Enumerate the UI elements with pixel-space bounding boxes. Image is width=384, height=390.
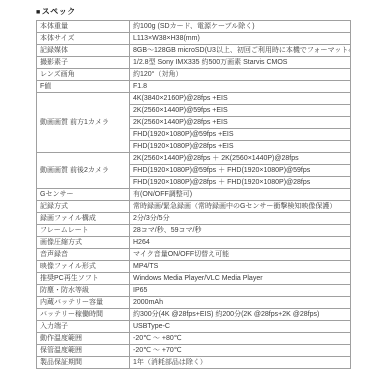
spec-row: 製品保証期間 1年（消耗部品は除く）	[37, 357, 351, 369]
spec-value: 1年（消耗部品は除く）	[130, 357, 351, 369]
spec-value: -20℃ ～ +70℃	[130, 345, 351, 357]
spec-value: L113×W38×H38(mm)	[130, 33, 351, 45]
spec-value: 8GB～128GB microSD(U3以上、初回ご利用時に本機でフォーマット必…	[130, 45, 351, 57]
spec-row: 動作温度範囲 -20℃ ～ +80℃	[37, 333, 351, 345]
square-bullet-icon: ■	[36, 9, 41, 16]
section-title-text: スペック	[42, 7, 76, 16]
spec-value: FHD(1920×1080P)@59fps +EIS	[130, 129, 351, 141]
spec-label: 推奨PC再生ソフト	[37, 273, 130, 285]
spec-label: 本体サイズ	[37, 33, 130, 45]
spec-row: 記録方式 常時録画/緊急録画（常時録画中のGセンサー衝撃検知映像保護）	[37, 201, 351, 213]
spec-value: 2000mAh	[130, 297, 351, 309]
spec-label: 撮影素子	[37, 57, 130, 69]
spec-label: F値	[37, 81, 130, 93]
spec-label-front-camera: 動画画質 前方1カメラ	[37, 93, 130, 153]
spec-value: -20℃ ～ +80℃	[130, 333, 351, 345]
spec-row: バッテリー稼働時間 約300分(4K @28fps+EIS) 約200分(2K …	[37, 309, 351, 321]
spec-value: 2K(2560×1440P)@59fps +EIS	[130, 105, 351, 117]
spec-label: 記録方式	[37, 201, 130, 213]
spec-value: F1.8	[130, 81, 351, 93]
spec-value: 1/2.8型 Sony IMX335 約500万画素 Starvis CMOS	[130, 57, 351, 69]
spec-label: 録画ファイル構成	[37, 213, 130, 225]
spec-value: IP65	[130, 285, 351, 297]
spec-value: MP4/TS	[130, 261, 351, 273]
spec-value: 28コマ/秒、59コマ/秒	[130, 225, 351, 237]
spec-label: Gセンサー	[37, 189, 130, 201]
spec-row: 保管温度範囲 -20℃ ～ +70℃	[37, 345, 351, 357]
spec-table: 本体重量 約100g (SDカード、電源ケーブル除く) 本体サイズ L113×W…	[36, 20, 351, 369]
spec-value: 2K(2560×1440P)@28fps ＋ 2K(2560×1440P)@28…	[130, 153, 351, 165]
spec-value: Windows Media Player/VLC Media Player	[130, 273, 351, 285]
spec-label: 製品保証期間	[37, 357, 130, 369]
spec-value: 常時録画/緊急録画（常時録画中のGセンサー衝撃検知映像保護）	[130, 201, 351, 213]
spec-label: 入力端子	[37, 321, 130, 333]
spec-value: FHD(1920×1080P)@28fps +EIS	[130, 141, 351, 153]
spec-row: 動画画質 前方1カメラ 4K(3840×2160P)@28fps +EIS	[37, 93, 351, 105]
spec-label: 内蔵バッテリー容量	[37, 297, 130, 309]
spec-value: マイク音量ON/OFF切替え可能	[130, 249, 351, 261]
spec-row: 内蔵バッテリー容量 2000mAh	[37, 297, 351, 309]
spec-label: 動作温度範囲	[37, 333, 130, 345]
spec-row: 映像ファイル形式 MP4/TS	[37, 261, 351, 273]
spec-value: 2分/3分/5分	[130, 213, 351, 225]
spec-label: 映像ファイル形式	[37, 261, 130, 273]
spec-row: Gセンサー 有(ON/OFF調整可)	[37, 189, 351, 201]
spec-value: USBType-C	[130, 321, 351, 333]
spec-row: 防塵・防水等級 IP65	[37, 285, 351, 297]
section-title: ■スペック	[36, 6, 350, 17]
spec-value: 約120°（対角）	[130, 69, 351, 81]
spec-label: 保管温度範囲	[37, 345, 130, 357]
spec-row: フレームレート 28コマ/秒、59コマ/秒	[37, 225, 351, 237]
spec-value: 約100g (SDカード、電源ケーブル除く)	[130, 21, 351, 33]
spec-row: 記録媒体 8GB～128GB microSD(U3以上、初回ご利用時に本機でフォ…	[37, 45, 351, 57]
spec-label: 画像圧縮方式	[37, 237, 130, 249]
spec-row: F値 F1.8	[37, 81, 351, 93]
spec-label: 防塵・防水等級	[37, 285, 130, 297]
spec-page: ■スペック 本体重量 約100g (SDカード、電源ケーブル除く) 本体サイズ …	[36, 6, 350, 369]
spec-value: 有(ON/OFF調整可)	[130, 189, 351, 201]
spec-value: FHD(1920×1080P)@28fps ＋ FHD(1920×1080P)@…	[130, 177, 351, 189]
spec-label-dual-camera: 動画画質 前後2カメラ	[37, 153, 130, 189]
spec-value: FHD(1920×1080P)@59fps ＋ FHD(1920×1080P)@…	[130, 165, 351, 177]
spec-row: 画像圧縮方式 H264	[37, 237, 351, 249]
spec-label: 記録媒体	[37, 45, 130, 57]
spec-label: 音声録音	[37, 249, 130, 261]
spec-label: レンズ画角	[37, 69, 130, 81]
spec-row: 動画画質 前後2カメラ 2K(2560×1440P)@28fps ＋ 2K(25…	[37, 153, 351, 165]
spec-row: 録画ファイル構成 2分/3分/5分	[37, 213, 351, 225]
spec-label: 本体重量	[37, 21, 130, 33]
spec-label: フレームレート	[37, 225, 130, 237]
spec-value: 4K(3840×2160P)@28fps +EIS	[130, 93, 351, 105]
spec-row: 音声録音 マイク音量ON/OFF切替え可能	[37, 249, 351, 261]
spec-row: 入力端子 USBType-C	[37, 321, 351, 333]
spec-row: 撮影素子 1/2.8型 Sony IMX335 約500万画素 Starvis …	[37, 57, 351, 69]
spec-row: 推奨PC再生ソフト Windows Media Player/VLC Media…	[37, 273, 351, 285]
spec-row: 本体重量 約100g (SDカード、電源ケーブル除く)	[37, 21, 351, 33]
spec-row: 本体サイズ L113×W38×H38(mm)	[37, 33, 351, 45]
spec-value: 2K(2560×1440P)@28fps +EIS	[130, 117, 351, 129]
spec-row: レンズ画角 約120°（対角）	[37, 69, 351, 81]
spec-value: H264	[130, 237, 351, 249]
spec-label: バッテリー稼働時間	[37, 309, 130, 321]
spec-value: 約300分(4K @28fps+EIS) 約200分(2K @28fps+2K …	[130, 309, 351, 321]
